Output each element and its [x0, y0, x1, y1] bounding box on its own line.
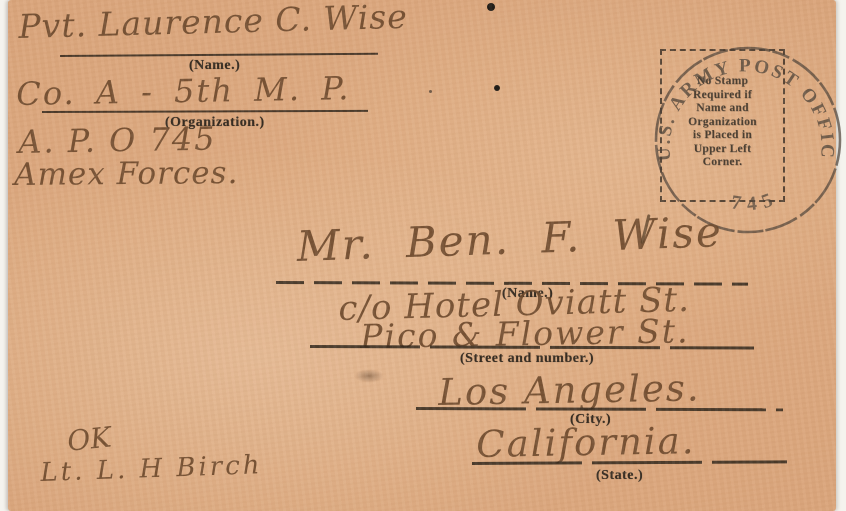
recipient-street-label: (Street and number.) — [460, 351, 594, 367]
ink-speck — [429, 90, 432, 93]
sender-organization-rule — [42, 110, 368, 113]
recipient-name-handwriting: Mr. Ben. F. Wise — [296, 211, 723, 268]
sender-name-handwriting: Pvt. Laurence C. Wise — [18, 0, 408, 43]
ink-dot — [494, 85, 500, 91]
ink-dot — [487, 3, 495, 11]
svg-text:745: 745 — [730, 187, 782, 216]
sender-name-rule — [60, 53, 378, 57]
sender-forces-handwriting: Amex Forces. — [14, 158, 238, 191]
postmark-ring-text: U.S. ARMY POST OFFICE — [620, 22, 838, 162]
paper-smudge — [354, 369, 384, 383]
recipient-state-label: (State.) — [596, 468, 643, 484]
censor-ok-mark: OK — [66, 423, 113, 455]
recipient-state-rule — [472, 460, 787, 464]
recipient-state-handwriting: California. — [476, 422, 696, 463]
svg-text:U.S. ARMY POST OFFICE: U.S. ARMY POST OFFICE — [620, 22, 838, 162]
postmark-number-text: 745 — [730, 187, 782, 216]
sender-organization-handwriting: Co. A - 5th M. P. — [16, 72, 351, 110]
recipient-city-handwriting: Los Angeles. — [438, 369, 701, 411]
sender-apo-handwriting: A. P. O 745 — [18, 123, 217, 158]
censor-signature: Lt. L. H Birch — [40, 452, 263, 486]
postcard-scan: Pvt. Laurence C. Wise (Name.) Co. A - 5t… — [0, 0, 846, 511]
postcard: Pvt. Laurence C. Wise (Name.) Co. A - 5t… — [8, 0, 836, 511]
